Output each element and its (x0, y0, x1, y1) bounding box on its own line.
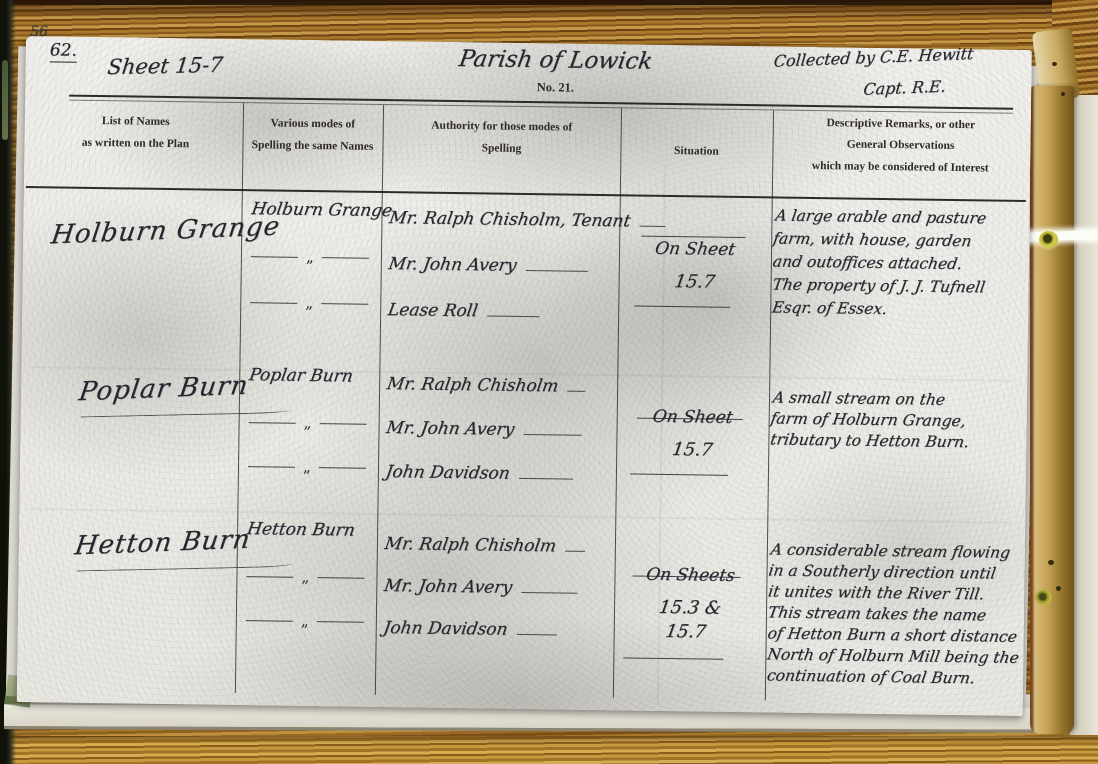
situation-rule (623, 656, 723, 659)
ditto-quote: „ (303, 466, 311, 468)
header-col3-line2: Spelling (386, 137, 616, 162)
form-number: No. 21. (405, 79, 705, 96)
column-divider (375, 105, 385, 695)
flourish-line (517, 617, 560, 636)
remarks-line: farm of Holburn Grange, (769, 409, 967, 430)
authority-text: John Davidson (384, 462, 511, 484)
remarks-line: A considerable stream flowing (770, 540, 1012, 561)
collector-line2: Capt. R.E. (862, 77, 946, 99)
ditto-quote: „ (304, 422, 312, 424)
spelling-entry: Hetton Burn (246, 519, 357, 540)
ditto-row: „ (250, 301, 368, 305)
flourish-line (523, 417, 584, 436)
ditto-quote: „ (306, 256, 314, 258)
ditto-row: „ (246, 575, 364, 579)
remarks-line: it unites with the River Till. (767, 582, 986, 603)
ditto-line (320, 422, 367, 425)
authority-text: Mr. John Avery (385, 418, 516, 440)
flourish-line (519, 461, 576, 480)
situation-sheet-number: 15.7 (621, 270, 768, 293)
authority-text: John Davidson (382, 618, 509, 640)
cover-sliver (2, 60, 8, 140)
right-page-edge (1070, 95, 1098, 735)
header-col2-line1: Various modes of (247, 113, 379, 137)
flourish-line (487, 298, 542, 317)
authority-entry: Lease Roll (386, 297, 541, 322)
header-col1: List of Names as written on the Plan (32, 110, 239, 157)
plan-name: Hetton Burn (73, 524, 253, 561)
situation-rule (634, 305, 730, 308)
name-flourish (77, 564, 292, 572)
speck (1061, 92, 1065, 96)
remarks-line: and outoffices attached. (772, 252, 964, 273)
header-col2: Various modes of Spelling the same Names (246, 113, 379, 159)
binding-strip (1030, 86, 1074, 734)
header-col2-line2: Spelling the same Names (246, 135, 378, 159)
parish-title: Parish of Lowick (404, 45, 708, 75)
ditto-line (249, 421, 296, 424)
spelling-entry: Holburn Grange (250, 199, 394, 221)
ditto-line (317, 576, 364, 579)
remarks-line: continuation of Coal Burn. (766, 666, 977, 687)
ditto-quote: „ (305, 302, 313, 304)
flourish-line (640, 209, 669, 227)
ditto-quote: „ (301, 620, 309, 622)
remarks-line: This stream takes the name (767, 603, 988, 624)
header-col5: Descriptive Remarks, or other General Ob… (776, 112, 1025, 179)
authority-entry: Mr. Ralph Chisholm (383, 531, 588, 557)
situation-sheet-number: 15.3 & (616, 596, 763, 619)
header-col3-line1: Authority for those modes of (387, 115, 617, 140)
speck (1052, 62, 1057, 66)
authority-entry: Mr. Ralph Chisholm, Tenant (388, 205, 669, 232)
authority-entry: John Davidson (384, 459, 575, 485)
authority-text: Lease Roll (386, 300, 479, 321)
ditto-line (317, 620, 364, 623)
ditto-line (246, 575, 293, 578)
situation-rule (641, 235, 745, 238)
name-book-page: 62. Sheet 15-7 Parish of Lowick No. 21. … (17, 36, 1032, 716)
authority-entry: Mr. Ralph Chisholm (385, 371, 588, 397)
ditto-row: „ (246, 619, 364, 623)
remarks-line: The property of J. J. Tufnell (771, 275, 986, 296)
wood-table-bottom (0, 736, 1098, 764)
ditto-line (248, 465, 295, 468)
ditto-line (250, 301, 297, 304)
authority-text: Mr. Ralph Chisholm (383, 534, 557, 556)
header-col3: Authority for those modes of Spelling (386, 115, 617, 162)
authority-text: Mr. Ralph Chisholm, Tenant (388, 208, 632, 231)
ditto-line (246, 619, 293, 622)
flourish-line (565, 534, 588, 552)
ditto-line (322, 256, 369, 259)
header-col4-line1: Situation (624, 140, 768, 164)
remarks-line: tributary to Hetton Burn. (769, 430, 970, 451)
ditto-line (321, 302, 368, 305)
remarks-line: Esqr. of Essex. (771, 298, 889, 318)
authority-text: Mr. John Avery (383, 576, 514, 598)
header-col5-line3: which may be considered of Interest (776, 155, 1024, 180)
authority-entry: Mr. John Avery (385, 415, 584, 441)
header-col4: Situation (624, 140, 768, 164)
situation-rule (630, 472, 728, 475)
remarks-line: in a Southerly direction until (767, 561, 997, 582)
ditto-row: „ (251, 255, 369, 259)
crease-line (29, 508, 1009, 524)
situation-text: On Sheets (617, 564, 764, 586)
sheet-label: Sheet 15-7 (106, 53, 224, 79)
authority-text: Mr. John Avery (387, 254, 518, 276)
situation-text: On Sheet (619, 406, 766, 428)
remarks-line: A large arable and pasture (774, 207, 987, 228)
spelling-entry: Poplar Burn (248, 365, 355, 386)
flourish-line (526, 253, 591, 272)
ditto-row: „ (249, 421, 367, 425)
situation-sheet-number: 15.7 (612, 620, 759, 643)
collector-line1: Collected by C.E. Hewitt (773, 44, 975, 71)
remarks-line: North of Holburn Mill being the (766, 645, 1020, 666)
binding-hole (1039, 231, 1058, 248)
plan-name: Holburn Grange (49, 211, 282, 250)
situation-text: On Sheet (622, 238, 769, 260)
authority-text: Mr. Ralph Chisholm (385, 374, 559, 396)
header-col1-line2: as written on the Plan (32, 132, 238, 157)
folio-number: 62. (50, 40, 77, 62)
flourish-line (568, 374, 589, 392)
column-header-rule (26, 186, 1026, 201)
authority-entry: Mr. John Avery (387, 251, 590, 277)
ditto-row: „ (248, 465, 366, 469)
ditto-line (319, 466, 366, 469)
situation-sheet-number: 15.7 (619, 438, 766, 461)
header-col1-line1: List of Names (33, 110, 239, 135)
flourish-line (521, 575, 580, 594)
name-flourish (81, 410, 291, 417)
authority-entry: Mr. John Avery (383, 573, 580, 599)
remarks-line: of Hetton Burn a short distance (766, 624, 1018, 645)
ditto-line (251, 255, 298, 258)
plan-name: Poplar Burn (77, 371, 250, 408)
authority-entry: John Davidson (382, 615, 559, 640)
binding-hole (1035, 590, 1052, 605)
speck (1048, 560, 1054, 565)
remarks-line: A small stream on the (772, 388, 947, 408)
speck (1056, 586, 1061, 591)
remarks-line: farm, with house, garden (772, 229, 973, 250)
ditto-quote: „ (302, 576, 310, 578)
